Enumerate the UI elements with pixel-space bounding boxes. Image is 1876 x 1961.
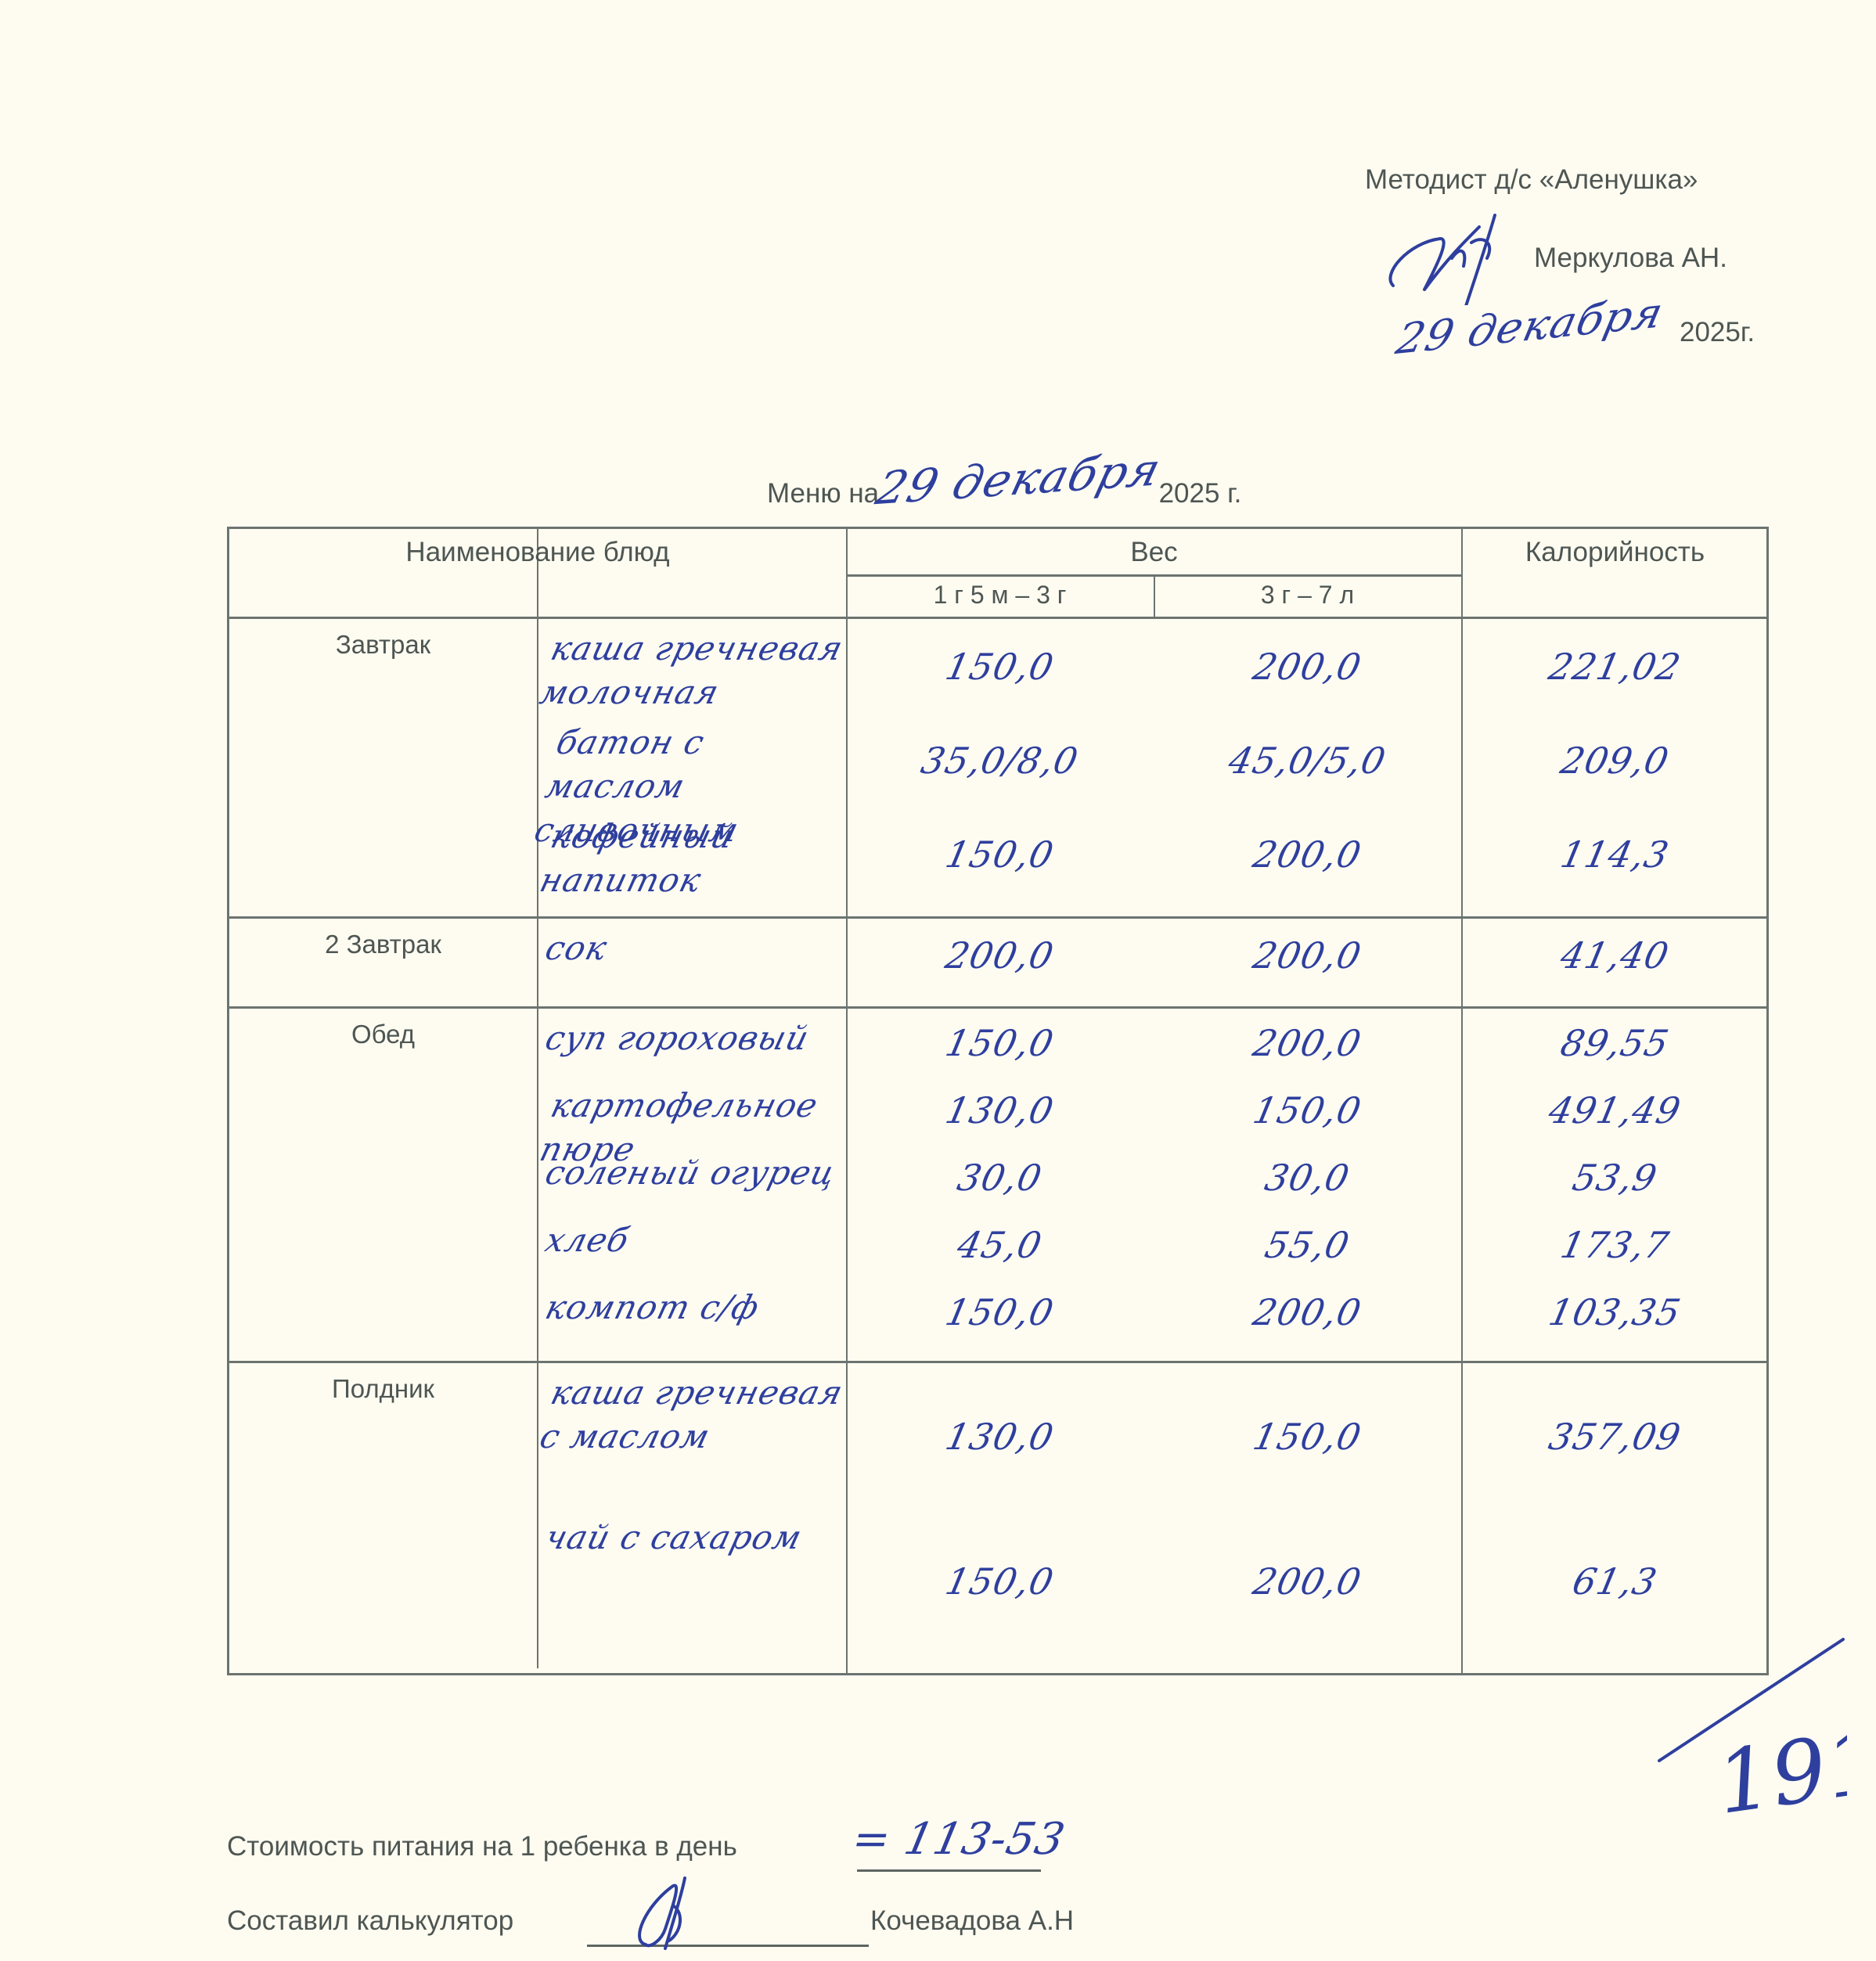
approval-name: Меркулова АН. xyxy=(1534,243,1727,274)
dish-name: суп гороховый xyxy=(541,1016,845,1060)
weight-age2: 200,0 xyxy=(1149,934,1465,977)
composer-name: Кочевадова А.Н xyxy=(870,1905,1074,1937)
calories-value: 209,0 xyxy=(1457,739,1773,782)
meal-section: Обедсуп гороховый150,0200,089,55картофел… xyxy=(229,1009,1769,1361)
calories-value: 61,3 xyxy=(1457,1560,1773,1603)
calories-value: 221,02 xyxy=(1457,646,1773,688)
dish-name: чай с сахаром xyxy=(541,1516,845,1560)
composer-signature xyxy=(626,1874,712,1952)
dish-name: кофейный напиток xyxy=(535,815,851,902)
menu-table: Наименование блюд Вес 1 г 5 м – 3 г 3 г … xyxy=(227,527,1769,1675)
header-calories: Калорийность xyxy=(1461,537,1769,568)
calories-value: 41,40 xyxy=(1457,934,1773,977)
page-number-mark: 1918 xyxy=(1644,1628,1847,1831)
calories-value: 114,3 xyxy=(1457,833,1773,876)
weight-age2: 200,0 xyxy=(1149,646,1465,688)
table-row: соленый огурец30,030,053,9 xyxy=(229,1151,1769,1218)
header-weight-age2: 3 г – 7 л xyxy=(1154,581,1461,610)
weight-age2: 45,0/5,0 xyxy=(1149,739,1465,782)
table-row: кофейный напиток150,0200,0114,3 xyxy=(229,815,1769,909)
weight-age1: 200,0 xyxy=(841,934,1158,977)
weight-age1: 130,0 xyxy=(841,1089,1158,1132)
table-row: хлеб45,055,0173,7 xyxy=(229,1218,1769,1286)
table-row: картофельное пюре130,0150,0491,49 xyxy=(229,1084,1769,1151)
weight-age1: 150,0 xyxy=(841,646,1158,688)
weight-age2: 55,0 xyxy=(1149,1224,1465,1266)
weight-age1: 150,0 xyxy=(841,1291,1158,1333)
weight-age2: 200,0 xyxy=(1149,833,1465,876)
weight-age2: 150,0 xyxy=(1149,1416,1465,1458)
table-row: сок200,0200,041,40 xyxy=(229,927,1769,998)
table-row: каша гречневая с маслом130,0150,0357,09 xyxy=(229,1371,1769,1516)
dish-name: каша гречневая молочная xyxy=(535,627,851,714)
approval-year: 2025г. xyxy=(1680,317,1755,348)
table-row: батон с маслом сливочным35,0/8,045,0/5,0… xyxy=(229,721,1769,815)
weight-age2: 200,0 xyxy=(1149,1022,1465,1064)
approval-title: Методист д/с «Аленушка» xyxy=(1365,164,1698,196)
menu-date-handwritten: 29 декабря xyxy=(871,443,1167,515)
table-row: суп гороховый150,0200,089,55 xyxy=(229,1016,1769,1084)
dish-name: сок xyxy=(541,927,845,970)
calories-value: 173,7 xyxy=(1457,1224,1773,1266)
header-weight: Вес xyxy=(846,537,1462,568)
cost-underline xyxy=(857,1869,1041,1872)
table-row: каша гречневая молочная150,0200,0221,02 xyxy=(229,627,1769,721)
cost-label: Стоимость питания на 1 ребенка в день xyxy=(227,1831,737,1862)
calories-value: 89,55 xyxy=(1457,1022,1773,1064)
meal-section: Завтраккаша гречневая молочная150,0200,0… xyxy=(229,619,1769,916)
weight-age1: 150,0 xyxy=(841,1560,1158,1603)
weight-age2: 150,0 xyxy=(1149,1089,1465,1132)
menu-title-prefix: Меню на xyxy=(767,478,879,509)
meal-section: Полдниккаша гречневая с маслом130,0150,0… xyxy=(229,1363,1769,1668)
calories-value: 491,49 xyxy=(1457,1089,1773,1132)
grid-line xyxy=(846,574,1462,577)
weight-age2: 200,0 xyxy=(1149,1291,1465,1333)
calories-value: 103,35 xyxy=(1457,1291,1773,1333)
header-dish-name: Наименование блюд xyxy=(229,537,846,568)
weight-age1: 150,0 xyxy=(841,833,1158,876)
weight-age1: 130,0 xyxy=(841,1416,1158,1458)
weight-age1: 30,0 xyxy=(841,1157,1158,1199)
weight-age2: 200,0 xyxy=(1149,1560,1465,1603)
meal-section: 2 Завтраксок200,0200,041,40 xyxy=(229,919,1769,1006)
weight-age2: 30,0 xyxy=(1149,1157,1465,1199)
table-row: компот с/ф150,0200,0103,35 xyxy=(229,1286,1769,1353)
dish-name: компот с/ф xyxy=(541,1286,845,1330)
dish-name: соленый огурец xyxy=(541,1151,845,1195)
calories-value: 53,9 xyxy=(1457,1157,1773,1199)
dish-name: каша гречневая с маслом xyxy=(535,1371,851,1459)
cost-value-handwritten: = 113-53 xyxy=(848,1814,1070,1865)
table-row: чай с сахаром150,0200,061,3 xyxy=(229,1516,1769,1661)
methodist-signature xyxy=(1377,211,1542,305)
composer-label: Составил калькулятор xyxy=(227,1905,513,1937)
menu-title: Меню на29 декабря2025 г. xyxy=(767,460,1241,513)
weight-age1: 45,0 xyxy=(841,1224,1158,1266)
menu-title-suffix: 2025 г. xyxy=(1159,478,1242,509)
header-weight-age1: 1 г 5 м – 3 г xyxy=(846,581,1154,610)
weight-age1: 150,0 xyxy=(841,1022,1158,1064)
weight-age1: 35,0/8,0 xyxy=(841,739,1158,782)
calories-value: 357,09 xyxy=(1457,1416,1773,1458)
dish-name: хлеб xyxy=(541,1218,845,1262)
page-number-text: 1918 xyxy=(1711,1704,1847,1831)
